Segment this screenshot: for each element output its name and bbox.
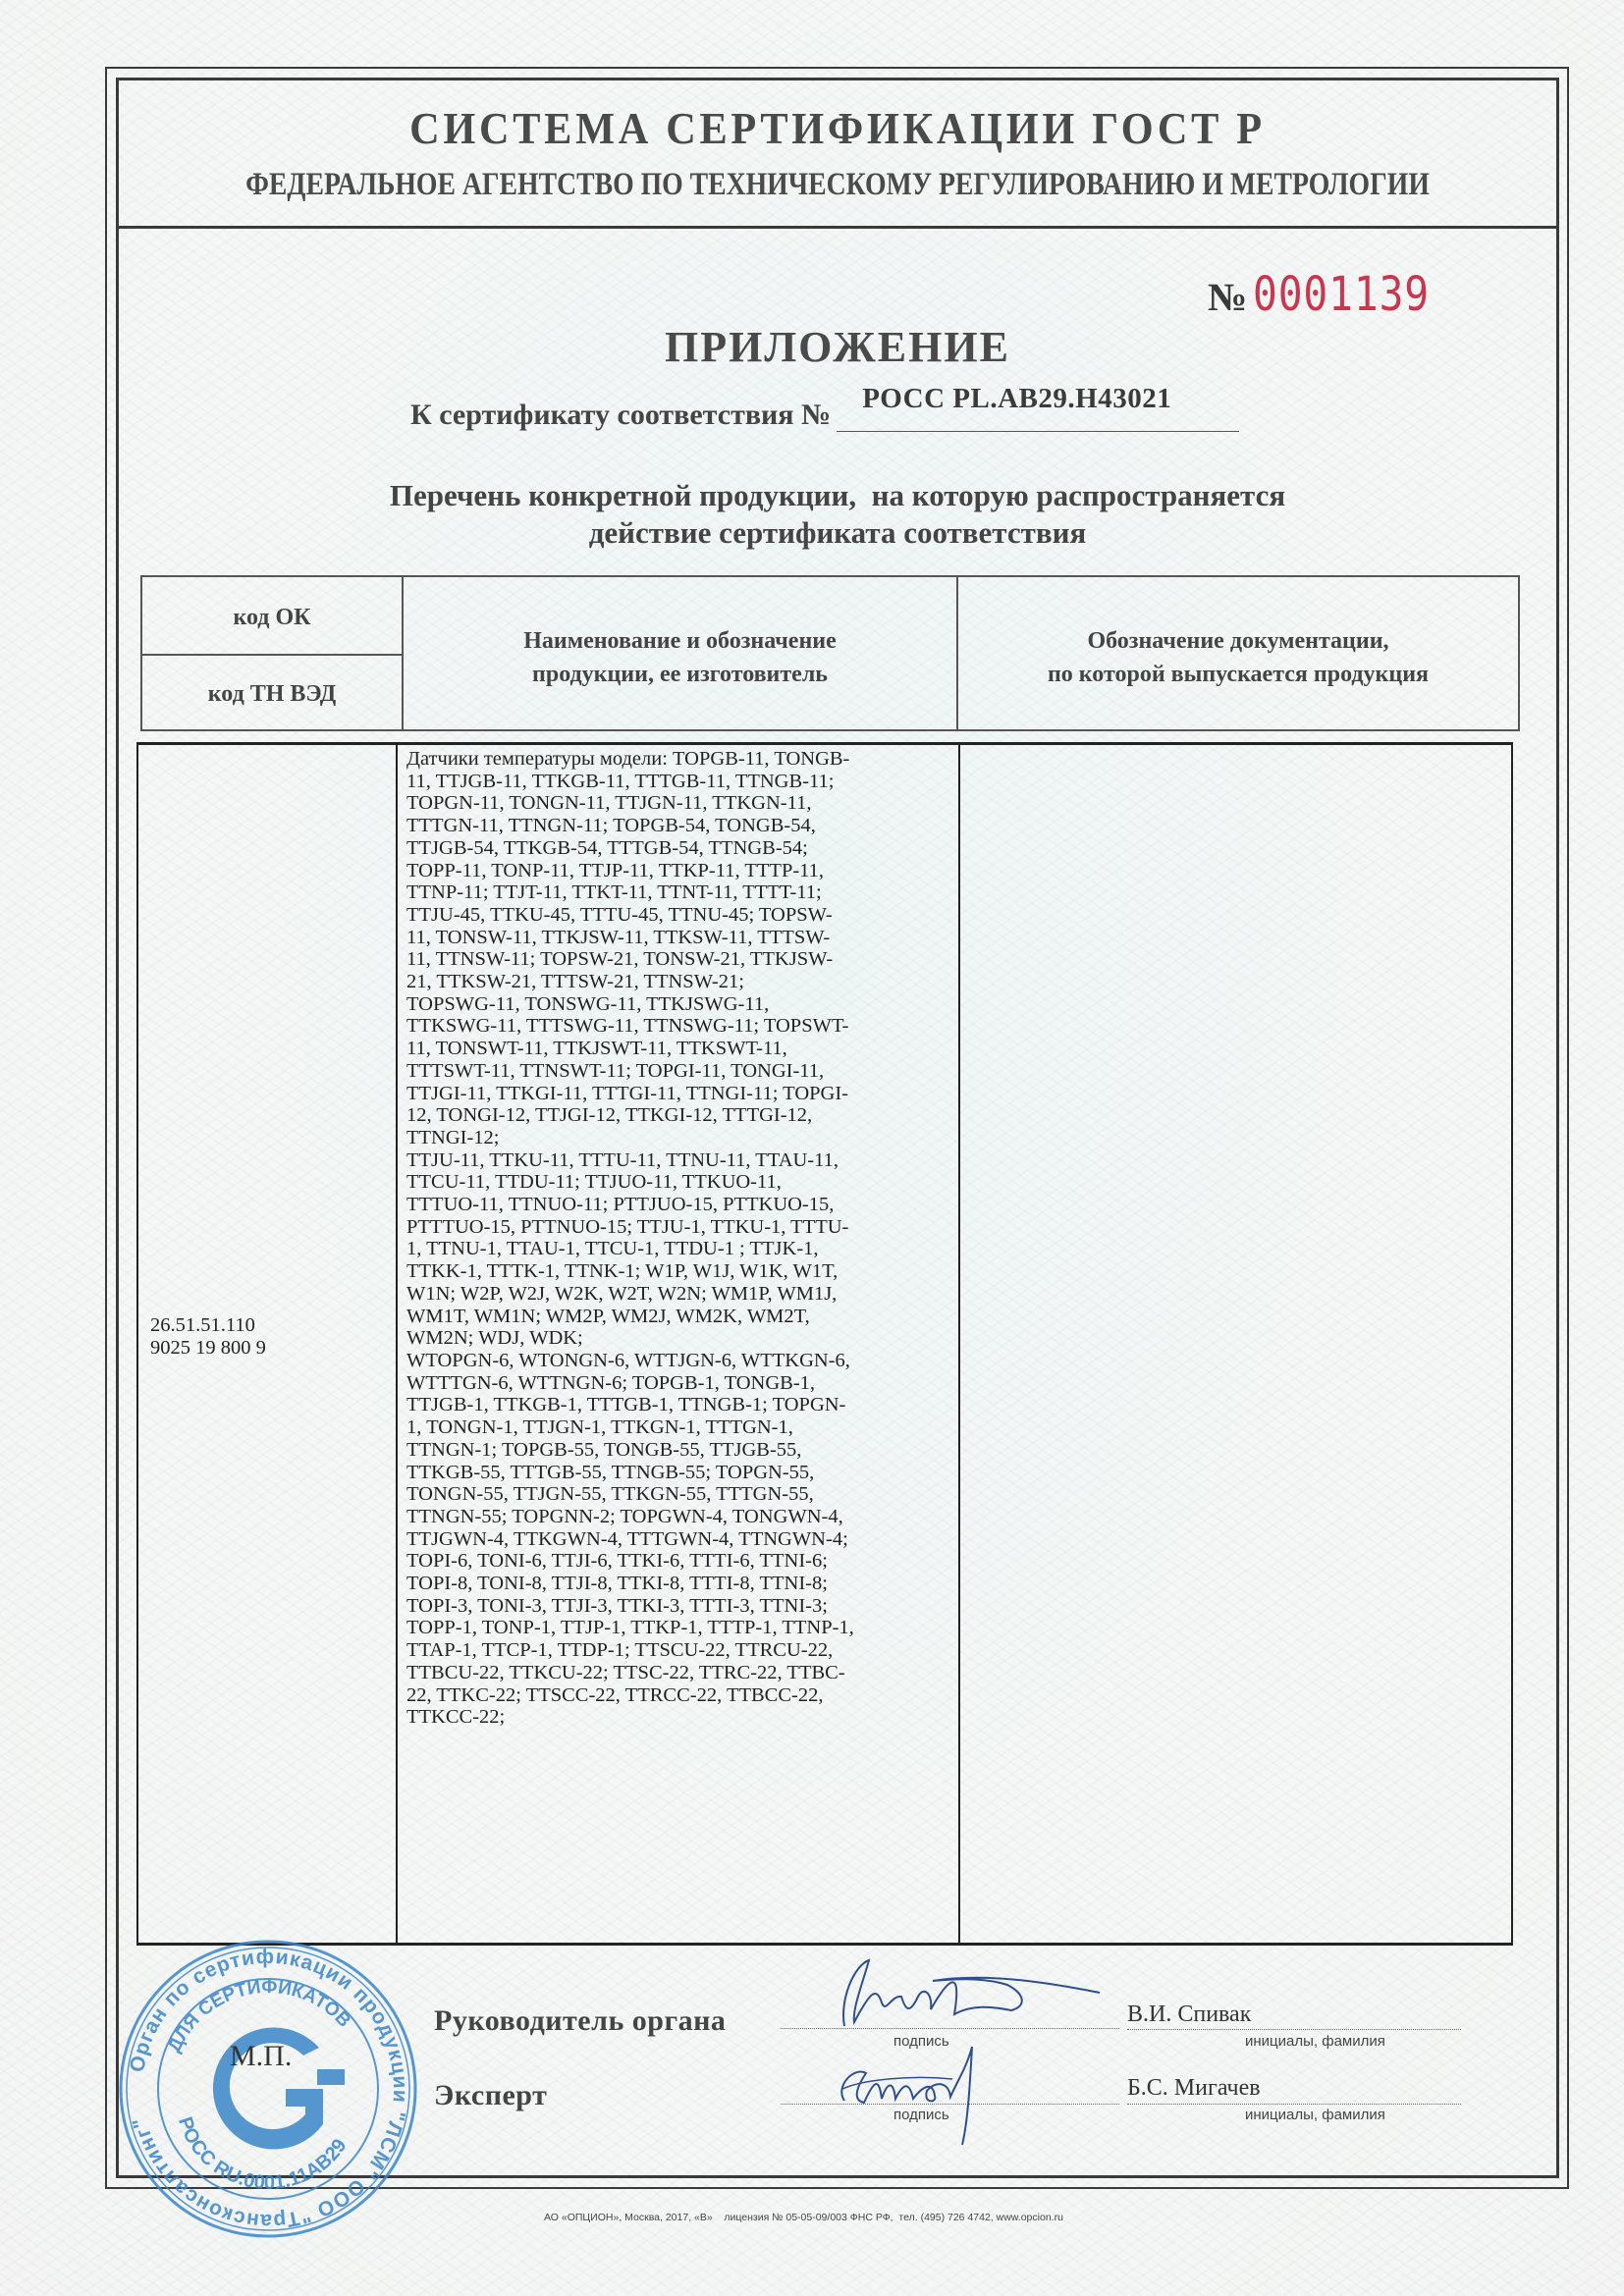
product-list-line: TOPP-1, TONP-1, TTJP-1, TTKP-1, TTTP-1, …: [406, 1617, 952, 1639]
number-sign: №: [1208, 275, 1247, 319]
product-list-line: TOPI-6, TONI-6, TTJI-6, TTKI-6, TTTI-6, …: [406, 1550, 952, 1573]
head-signature-row: Руководитель органа: [434, 2004, 726, 2038]
product-list-line: TTCU-11, TTDU-11; TTJUO-11, TTKUO-11,: [406, 1171, 952, 1194]
expert-name: Б.С. Мигачев: [1127, 2075, 1261, 2102]
product-list-line: 22, TTKC-22; TTSCC-22, TTRCC-22, TTBCC-2…: [406, 1684, 952, 1707]
svg-text:РОСС RU.0001.11АВ29: РОСС RU.0001.11АВ29: [174, 2114, 352, 2194]
product-list-line: 1, TONGN-1, TTJGN-1, TTKGN-1, TTTGN-1,: [406, 1416, 952, 1439]
product-list-line: TTJU-11, TTKU-11, TTTU-11, TTNU-11, TTAU…: [406, 1149, 952, 1172]
product-list-line: TTJGWN-4, TTKGWN-4, TTTGWN-4, TTNGWN-4;: [406, 1528, 952, 1551]
serial-number-value: 0001139: [1253, 267, 1430, 322]
product-list-line: WTOPGN-6, WTONGN-6, WTTJGN-6, WTTKGN-6,: [406, 1350, 952, 1372]
product-list-line: 11, TONSW-11, TTKJSW-11, TTKSW-11, TTTSW…: [406, 927, 952, 949]
products-table: 26.51.51.110 9025 19 800 9 Датчики темпе…: [136, 742, 1513, 1946]
product-list-line: TTAP-1, TTCP-1, TTDP-1; TTSCU-22, TTRCU-…: [406, 1639, 952, 1662]
head-label: Руководитель органа: [434, 2004, 726, 2037]
expert-name-caption: инициалы, фамилия: [1245, 2107, 1385, 2123]
product-list-line: 11, TTJGB-11, TTKGB-11, TTTGB-11, TTNGB-…: [406, 771, 952, 793]
product-list-line: TTNGN-55; TOPGNN-2; TOPGWN-4, TONGWN-4,: [406, 1506, 952, 1528]
header-documentation: Обозначение документации, по которой вып…: [958, 577, 1518, 729]
product-list-line: Датчики температуры модели: TOPGB-11, TO…: [406, 748, 952, 771]
product-list-line: TTJGB-54, TTKGB-54, TTTGB-54, TTNGB-54;: [406, 837, 952, 860]
header-code-ok: код ОК: [142, 577, 402, 656]
system-title: СИСТЕМА СЕРТИФИКАЦИИ ГОСТ Р: [174, 102, 1501, 154]
expert-label: Эксперт: [434, 2079, 547, 2111]
code-tnved-value: 9025 19 800 9: [150, 1337, 266, 1360]
list-title-line2: действие сертификата соответствия: [116, 514, 1559, 552]
product-list-line: WM2N; WDJ, WDK;: [406, 1327, 952, 1350]
head-signature: [815, 1955, 1149, 2034]
product-list-line: TTTUO-11, TTNUO-11; PTTJUO-15, PTTKUO-15…: [406, 1194, 952, 1216]
header-product-line1: Наименование и обозначение: [404, 624, 956, 658]
product-list-line: TTKCC-22;: [406, 1706, 952, 1729]
codes-cell: 26.51.51.110 9025 19 800 9: [138, 745, 398, 1943]
product-list-line: TTKSWG-11, TTTSWG-11, TTNSWG-11; TOPSWT-: [406, 1015, 952, 1038]
product-list-line: WM1T, WM1N; WM2P, WM2J, WM2K, WM2T,: [406, 1306, 952, 1328]
printer-info: АО «ОПЦИОН», Москва, 2017, «В» лицензия …: [544, 2212, 1063, 2223]
product-list-line: TTNGN-1; TOPGB-55, TONGB-55, TTJGB-55,: [406, 1439, 952, 1462]
header-docs-line2: по которой выпускается продукция: [958, 658, 1518, 691]
product-list-cell: Датчики температуры модели: TOPGB-11, TO…: [398, 745, 960, 1943]
expert-signature: [825, 2042, 1080, 2150]
annex-title: ПРИЛОЖЕНИЕ: [116, 322, 1559, 372]
product-list-line: TOPI-3, TONI-3, TTJI-3, TTKI-3, TTTI-3, …: [406, 1595, 952, 1618]
product-list-line: TTTSWT-11, TTNSWT-11; TOPGI-11, TONGI-11…: [406, 1060, 952, 1083]
header-product-line2: продукции, ее изготовитель: [404, 658, 956, 691]
product-list-line: TTNP-11; TTJT-11, TTKT-11, TTNT-11, TTTT…: [406, 881, 952, 904]
product-list-line: 1, TTNU-1, TTAU-1, TTCU-1, TTDU-1 ; TTJK…: [406, 1238, 952, 1260]
product-list-line: TTJGI-11, TTKGI-11, TTTGI-11, TTNGI-11; …: [406, 1083, 952, 1105]
product-list-line: TTNGI-12;: [406, 1127, 952, 1149]
product-list-line: TOPI-8, TONI-8, TTJI-8, TTKI-8, TTTI-8, …: [406, 1573, 952, 1595]
list-title: Перечень конкретной продукции, на котору…: [116, 477, 1559, 552]
product-list-line: TTTGN-11, TTNGN-11; TOPGB-54, TONGB-54,: [406, 815, 952, 837]
agency-title: ФЕДЕРАЛЬНОЕ АГЕНТСТВО ПО ТЕХНИЧЕСКОМУ РЕ…: [232, 167, 1444, 203]
header-product: Наименование и обозначение продукции, ее…: [404, 577, 958, 729]
product-list-line: 11, TTNSW-11; TOPSW-21, TONSW-21, TTKJSW…: [406, 948, 952, 971]
product-list-line: WTTTGN-6, WTTNGN-6; TOPGB-1, TONGB-1,: [406, 1372, 952, 1395]
product-list-line: TTJU-45, TTKU-45, TTTU-45, TTNU-45; TOPS…: [406, 904, 952, 927]
head-name-line: [1127, 2029, 1461, 2030]
expert-name-line: [1127, 2104, 1461, 2105]
product-list-line: TTBCU-22, TTKCU-22; TTSC-22, TTRC-22, TT…: [406, 1662, 952, 1684]
mp-label: М.П.: [230, 2040, 292, 2073]
serial-number: №0001139: [1208, 267, 1459, 322]
product-list-line: 11, TONSWT-11, TTKJSWT-11, TTKSWT-11,: [406, 1038, 952, 1060]
list-title-line1: Перечень конкретной продукции, на котору…: [116, 477, 1559, 514]
product-list-line: TOPGN-11, TONGN-11, TTJGN-11, TTKGN-11,: [406, 792, 952, 815]
expert-signature-row: Эксперт: [434, 2079, 547, 2112]
documentation-cell: [960, 745, 1511, 1943]
product-list-line: PTTTUO-15, PTTNUO-15; TTJU-1, TTKU-1, TT…: [406, 1216, 952, 1239]
header-code-tnved: код ТН ВЭД: [142, 656, 402, 731]
product-list-line: TTKK-1, TTTK-1, TTNK-1; W1P, W1J, W1K, W…: [406, 1260, 952, 1283]
product-list-line: W1N; W2P, W2J, W2K, W2T, W2N; WM1P, WM1J…: [406, 1283, 952, 1306]
product-list-line: 12, TONGI-12, TTJGI-12, TTKGI-12, TTTGI-…: [406, 1104, 952, 1127]
product-list-line: TTKGB-55, TTTGB-55, TTNGB-55; TOPGN-55,: [406, 1462, 952, 1484]
product-list-line: 21, TTKSW-21, TTTSW-21, TTNSW-21;: [406, 971, 952, 993]
table-header: код ОК код ТН ВЭД Наименование и обознач…: [140, 575, 1520, 731]
certificate-label: К сертификату соответствия №: [410, 399, 831, 431]
head-name-caption: инициалы, фамилия: [1245, 2033, 1385, 2050]
certification-stamp: Орган по сертификации продукции "ЛСМ" ОО…: [111, 1932, 425, 2246]
product-list-line: TTJGB-1, TTKGB-1, TTTGB-1, TTNGB-1; TOPG…: [406, 1394, 952, 1416]
header-codes-column: код ОК код ТН ВЭД: [142, 577, 404, 729]
header-docs-line1: Обозначение документации,: [958, 624, 1518, 658]
certificate-reference: К сертификату соответствия №РОСС PL.АВ29…: [410, 393, 1239, 432]
certificate-number-field: РОСС PL.АВ29.Н43021: [837, 393, 1239, 432]
code-ok-value: 26.51.51.110: [150, 1314, 266, 1337]
product-list-line: TONGN-55, TTJGN-55, TTKGN-55, TTTGN-55,: [406, 1483, 952, 1506]
product-list-line: TOPSWG-11, TONSWG-11, TTKJSWG-11,: [406, 993, 952, 1016]
header-divider: [116, 226, 1559, 229]
product-list-line: TOPP-11, TONP-11, TTJP-11, TTKP-11, TTTP…: [406, 860, 952, 882]
certificate-number: РОСС PL.АВ29.Н43021: [862, 383, 1171, 415]
codes-values: 26.51.51.110 9025 19 800 9: [150, 1314, 266, 1360]
